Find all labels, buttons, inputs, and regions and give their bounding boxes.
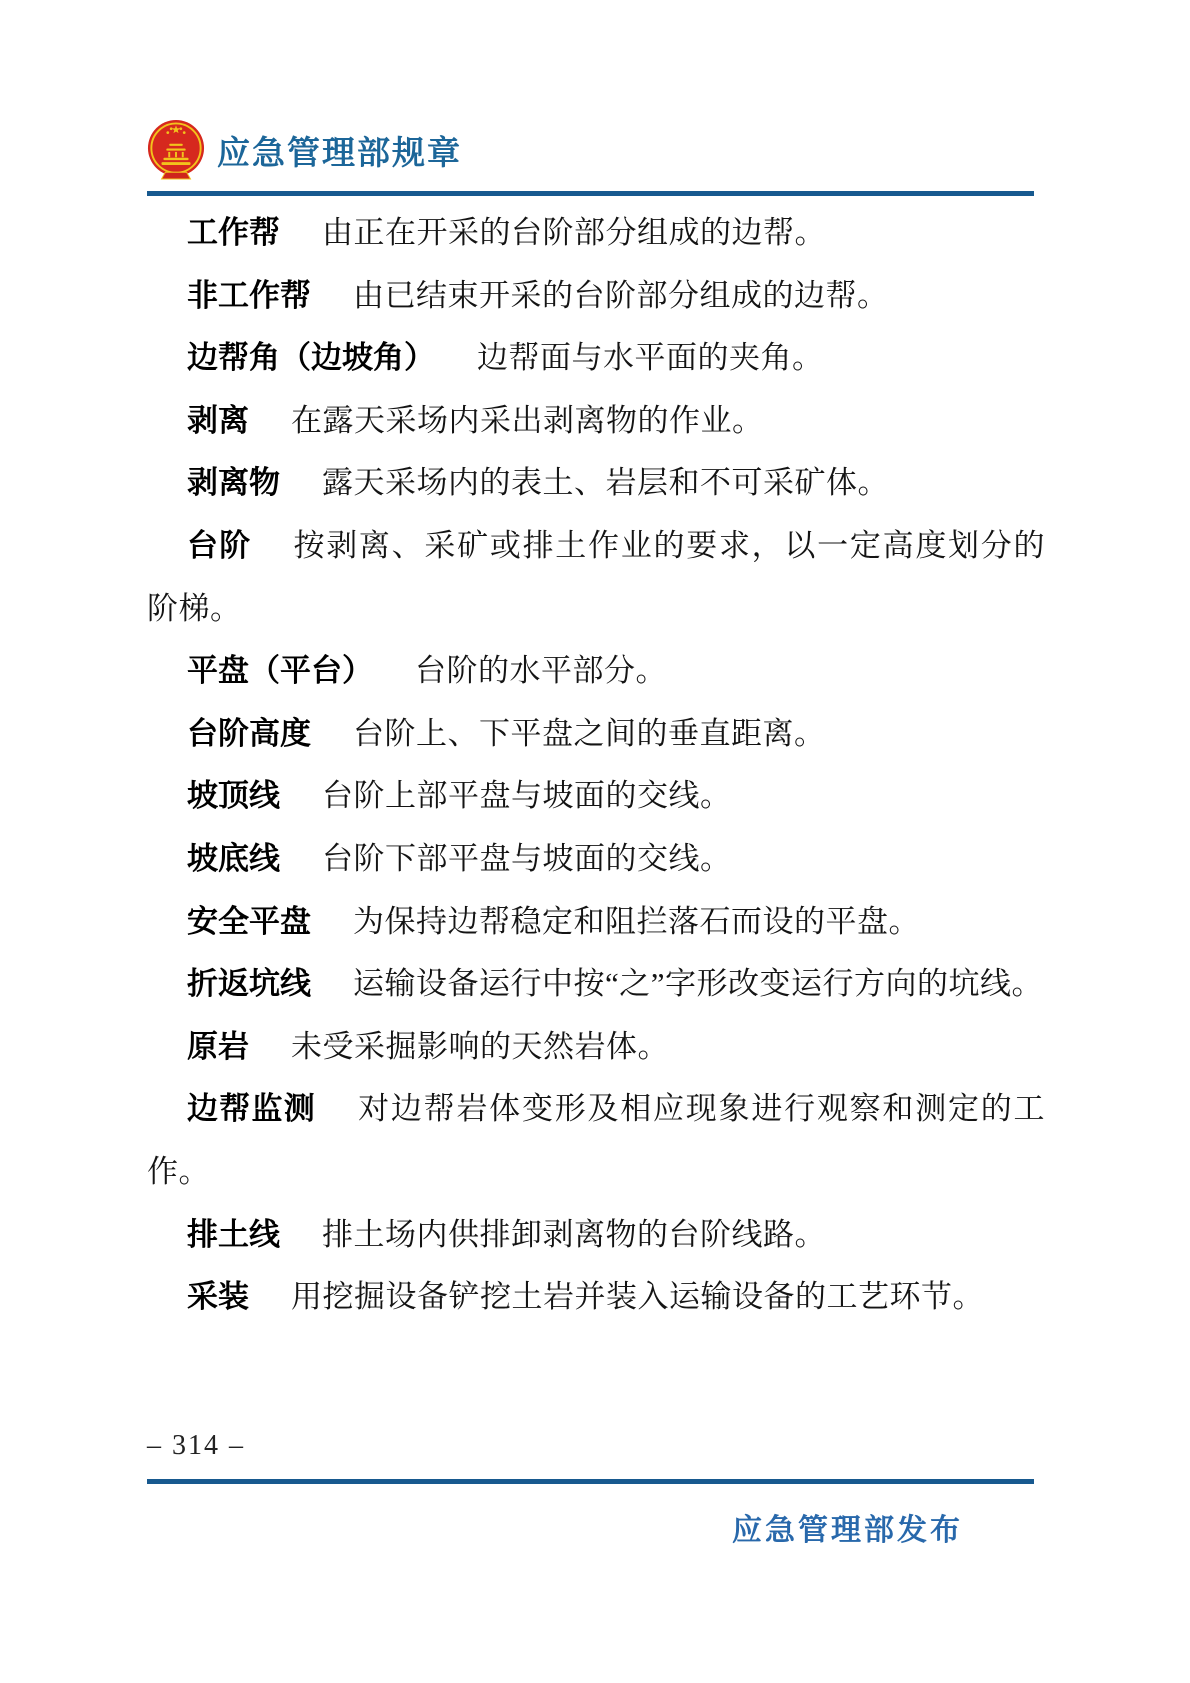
publisher-label: 应急管理部发布: [732, 1505, 963, 1549]
term-definition: 排土场内供排卸剥离物的台阶线路。: [322, 1217, 826, 1252]
national-emblem-icon: [147, 118, 205, 182]
term-definition: 边帮面与水平面的夹角。: [477, 340, 824, 375]
term-definition: 运输设备运行中按“之”字形改变运行方向的坑线。: [353, 966, 1043, 1001]
definition-row: 剥离物露天采场内的表土、岩层和不可采矿体。: [147, 452, 1045, 515]
definition-row: 边帮角（边坡角）边帮面与水平面的夹角。: [147, 327, 1045, 390]
term-definition: 台阶上部平盘与坡面的交线。: [322, 778, 732, 813]
term-definition: 台阶上、下平盘之间的垂直距离。: [353, 716, 826, 751]
term-definition: 为保持边帮稳定和阻拦落石而设的平盘。: [353, 904, 920, 939]
term-definition: 台阶下部平盘与坡面的交线。: [322, 841, 732, 876]
term-label: 安全平盘: [187, 904, 311, 939]
term-label: 台阶高度: [187, 716, 311, 751]
term-label: 排土线: [187, 1217, 280, 1252]
definition-row: 采装用挖掘设备铲挖土岩并装入运输设备的工艺环节。: [147, 1266, 1045, 1329]
page-number: – 314 –: [147, 1430, 245, 1462]
term-label: 坡顶线: [187, 778, 280, 813]
term-label: 边帮监测: [187, 1091, 316, 1126]
term-label: 坡底线: [187, 841, 280, 876]
definition-row: 排土线排土场内供排卸剥离物的台阶线路。: [147, 1204, 1045, 1267]
term-label: 剥离物: [187, 465, 280, 500]
header-divider: [147, 191, 1034, 196]
term-label: 边帮角（边坡角）: [187, 340, 435, 375]
definition-row: 台阶按剥离、采矿或排土作业的要求，以一定高度划分的阶梯。: [147, 515, 1045, 640]
term-definition: 由正在开采的台阶部分组成的边帮。: [322, 215, 826, 250]
term-definition: 台阶的水平部分。: [415, 653, 667, 688]
definition-row: 坡顶线台阶上部平盘与坡面的交线。: [147, 765, 1045, 828]
definition-row: 剥离在露天采场内采出剥离物的作业。: [147, 390, 1045, 453]
term-label: 折返坑线: [187, 966, 311, 1001]
document-page: 应急管理部规章 工作帮由正在开采的台阶部分组成的边帮。 非工作帮由已结束开采的台…: [0, 0, 1190, 1683]
definition-row: 坡底线台阶下部平盘与坡面的交线。: [147, 828, 1045, 891]
definition-row: 非工作帮由已结束开采的台阶部分组成的边帮。: [147, 265, 1045, 328]
term-label: 非工作帮: [187, 278, 311, 313]
footer-divider: [147, 1479, 1034, 1484]
header-title: 应急管理部规章: [217, 127, 462, 174]
term-label: 平盘（平台）: [187, 653, 373, 688]
definition-row: 工作帮由正在开采的台阶部分组成的边帮。: [147, 202, 1045, 265]
term-definition: 由已结束开采的台阶部分组成的边帮。: [353, 278, 889, 313]
definition-row: 折返坑线运输设备运行中按“之”字形改变运行方向的坑线。: [147, 953, 1045, 1016]
definition-row: 原岩未受采掘影响的天然岩体。: [147, 1016, 1045, 1079]
term-label: 采装: [187, 1279, 249, 1314]
definition-row: 安全平盘为保持边帮稳定和阻拦落石而设的平盘。: [147, 891, 1045, 954]
term-definition: 用挖掘设备铲挖土岩并装入运输设备的工艺环节。: [291, 1279, 984, 1314]
term-label: 工作帮: [187, 215, 280, 250]
term-label: 原岩: [187, 1029, 249, 1064]
term-label: 台阶: [187, 528, 251, 563]
definition-row: 平盘（平台）台阶的水平部分。: [147, 640, 1045, 703]
term-definition: 在露天采场内采出剥离物的作业。: [291, 403, 764, 438]
term-label: 剥离: [187, 403, 249, 438]
term-definition: 露天采场内的表土、岩层和不可采矿体。: [322, 465, 889, 500]
definition-row: 台阶高度台阶上、下平盘之间的垂直距离。: [147, 703, 1045, 766]
page-header: 应急管理部规章: [147, 118, 462, 182]
term-definition: 按剥离、采矿或排土作业的要求，以一定高度划分的阶梯。: [147, 528, 1045, 626]
term-definition: 未受采掘影响的天然岩体。: [291, 1029, 669, 1064]
definition-row: 边帮监测对边帮岩体变形及相应现象进行观察和测定的工作。: [147, 1078, 1045, 1203]
definitions-body: 工作帮由正在开采的台阶部分组成的边帮。 非工作帮由已结束开采的台阶部分组成的边帮…: [147, 202, 1045, 1329]
